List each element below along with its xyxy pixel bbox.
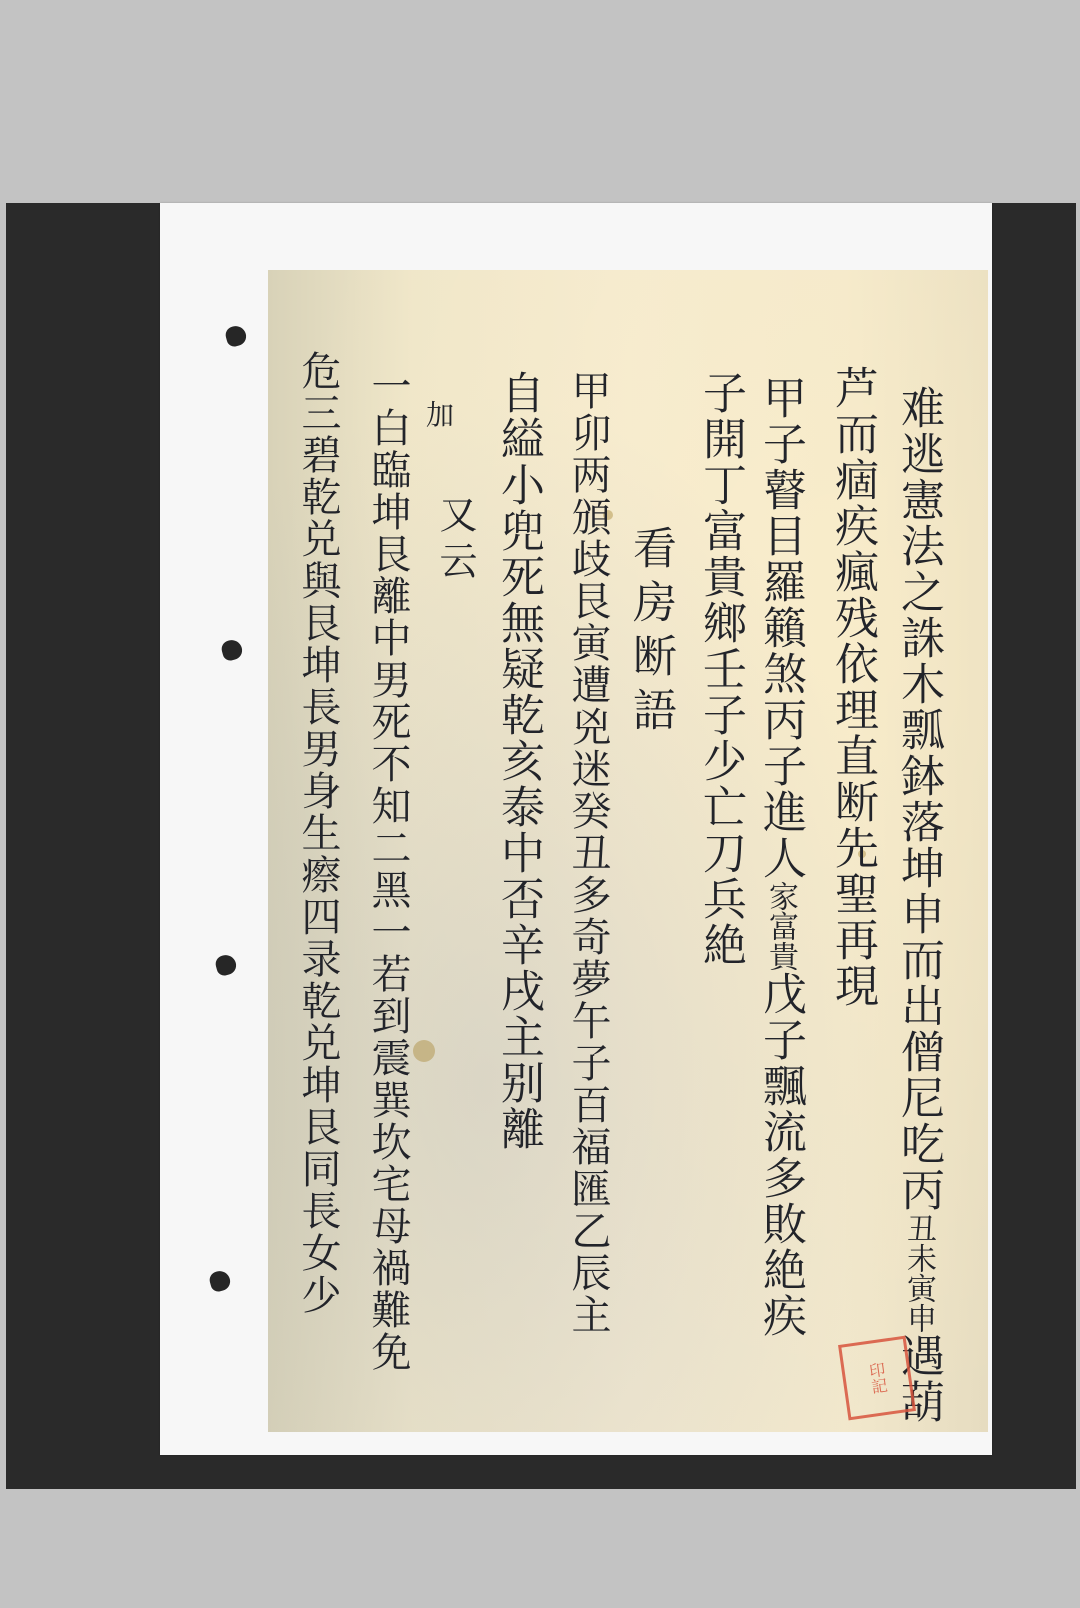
column-text: 戊子飄流多敗絶疾 xyxy=(755,971,806,1339)
text-column-10: 危三碧乾兑與艮坤長男身生瘵四录乾兑坤艮同長女少 xyxy=(298,350,338,1316)
punch-hole xyxy=(224,324,248,348)
column-text: 一白臨坤艮離中男死不知二黑一若到震巽坎宅母禍難免 xyxy=(365,365,411,1373)
text-column-6: 甲卯两頒歧艮寅遭兇迷癸丑多奇夢午子百福匯乙辰主 xyxy=(568,370,608,1336)
column-text: 芦而痼疾瘋残依理直断先聖再現 xyxy=(827,365,878,1009)
manuscript-page: 难逃憲法之誅木瓢鉢落坤申而出僧尼吃丙丑未寅申遇葫 芦而痼疾瘋残依理直断先聖再現 … xyxy=(268,270,988,1432)
red-seal-stamp: 印記 xyxy=(838,1336,916,1421)
column-text: 难逃憲法之誅木瓢鉢落坤申而出僧尼吃丙 xyxy=(893,385,944,1213)
punch-hole xyxy=(214,953,238,977)
column-text: 危三碧乾兑與艮坤長男身生瘵四录乾兑坤艮同長女少 xyxy=(295,350,341,1316)
text-column-4: 子開丁富貴鄉壬子少亡刀兵絶 xyxy=(698,370,742,968)
ink-stain xyxy=(413,1040,435,1062)
margin-note: 加 xyxy=(418,400,458,428)
punch-hole xyxy=(220,638,244,662)
column-annotation: 丑未寅申 xyxy=(901,1213,936,1333)
column-text: 自縊小兜死無疑乾亥泰中否辛戌主别離 xyxy=(493,370,544,1152)
punch-hole xyxy=(208,1269,232,1293)
text-column-3: 甲子瞽目羅籟煞丙子進人家富貴戊子飄流多敗絶疾 xyxy=(758,375,802,1339)
text-column-1: 难逃憲法之誅木瓢鉢落坤申而出僧尼吃丙丑未寅申遇葫 xyxy=(896,385,940,1425)
column-text: 甲卯两頒歧艮寅遭兇迷癸丑多奇夢午子百福匯乙辰主 xyxy=(565,370,611,1336)
section-heading: 看房断語 xyxy=(628,525,672,741)
subheading-text: 又云 xyxy=(433,495,477,587)
text-column-9: 一白臨坤艮離中男死不知二黑一若到震巽坎宅母禍難免 xyxy=(368,365,408,1373)
text-column-7: 自縊小兜死無疑乾亥泰中否辛戌主别離 xyxy=(496,370,540,1152)
column-text: 子開丁富貴鄉壬子少亡刀兵絶 xyxy=(695,370,746,968)
heading-text: 看房断語 xyxy=(625,525,676,741)
column-annotation: 家富貴 xyxy=(763,881,798,971)
subheading: 又云 xyxy=(436,495,474,587)
column-text: 甲子瞽目羅籟煞丙子進人 xyxy=(755,375,806,881)
text-column-2: 芦而痼疾瘋残依理直断先聖再現 xyxy=(830,365,874,1009)
